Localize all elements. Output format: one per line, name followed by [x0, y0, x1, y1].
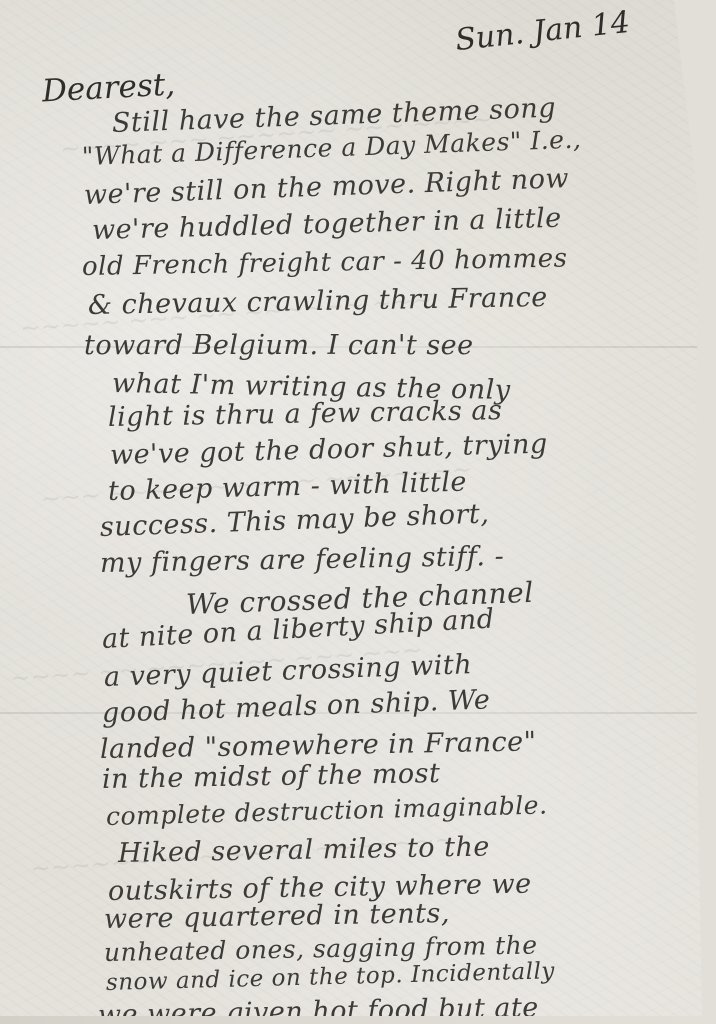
letter-line: my fingers are feeling stiff. - [100, 541, 505, 579]
letter-date: Sun. Jan 14 [454, 5, 632, 58]
letter-line: good hot meals on ship. We [101, 684, 490, 729]
letter-line: we're huddled together in a little [92, 203, 562, 246]
letter-page: ~~~~ ~~~ ~~~~~~ ~~~ ~~~~ ~~~~~ ~~~ ~~ ~~… [0, 0, 702, 1016]
letter-line: landed "somewhere in France" [100, 726, 537, 765]
letter-line: Hiked several miles to the [118, 832, 490, 869]
letter-line: we've got the door shut, trying [110, 429, 549, 471]
letter-line: & chevaux crawling thru France [88, 282, 548, 321]
letter-line: complete destruction imaginable. [106, 790, 548, 831]
letter-greeting: Dearest, [41, 67, 176, 110]
letter-line: were quartered in tents, [104, 898, 450, 935]
letter-line: old French freight car - 40 hommes [82, 244, 568, 282]
letter-line: toward Belgium. I can't see [84, 330, 474, 361]
letter-line: light is thru a few cracks as [108, 395, 503, 433]
letter-line: in the midst of the most [102, 758, 441, 795]
